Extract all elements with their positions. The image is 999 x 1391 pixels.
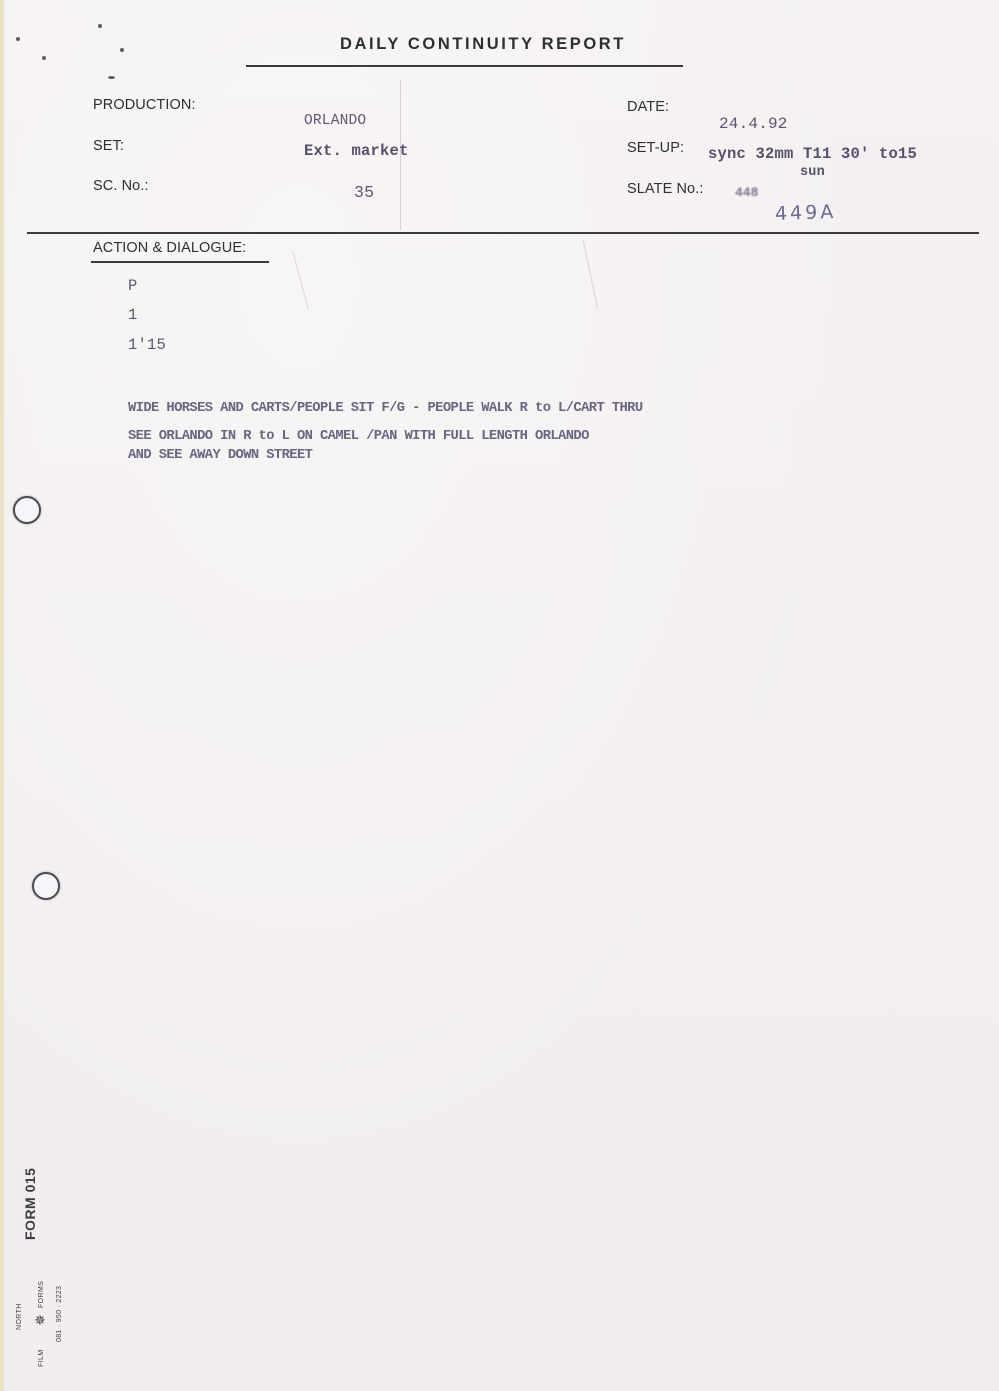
set-label: SET: bbox=[93, 138, 124, 154]
slate-number-value: 449A bbox=[775, 201, 837, 225]
scene-number-label: SC. No.: bbox=[93, 178, 149, 194]
setup-label: SET-UP: bbox=[627, 140, 684, 156]
description-line: SEE ORLANDO IN R to L ON CAMEL /PAN WITH… bbox=[128, 429, 589, 444]
compass-star-icon: ✵ bbox=[33, 1313, 47, 1327]
date-label: DATE: bbox=[627, 99, 669, 115]
action-dialogue-underline bbox=[91, 261, 269, 263]
note-line: 1'15 bbox=[128, 336, 166, 354]
publisher-forms: FORMS bbox=[38, 1281, 45, 1308]
ink-speck bbox=[120, 48, 124, 52]
production-label: PRODUCTION: bbox=[93, 97, 196, 113]
action-dialogue-label: ACTION & DIALOGUE: bbox=[93, 240, 246, 256]
ink-speck bbox=[98, 24, 102, 28]
description-line: WIDE HORSES AND CARTS/PEOPLE SIT F/G - P… bbox=[128, 401, 643, 416]
form-number: FORM 015 bbox=[22, 1168, 38, 1240]
setup-value-line2: sun bbox=[800, 165, 825, 180]
publisher-north: NORTH bbox=[16, 1303, 23, 1330]
ink-speck bbox=[108, 76, 115, 79]
report-title: DAILY CONTINUITY REPORT bbox=[340, 35, 626, 54]
punch-hole bbox=[13, 496, 41, 524]
note-line: 1 bbox=[128, 306, 138, 324]
set-value: Ext. market bbox=[304, 142, 409, 160]
title-underline bbox=[246, 65, 683, 67]
description-line: AND SEE AWAY DOWN STREET bbox=[128, 448, 312, 463]
publisher-phone: 081 · 950 · 2223 bbox=[56, 1286, 63, 1342]
production-value: ORLANDO bbox=[304, 113, 366, 129]
report-page bbox=[0, 0, 999, 1391]
date-value: 24.4.92 bbox=[719, 115, 788, 133]
slate-number-struck-value: 448 bbox=[735, 185, 758, 200]
setup-value: sync 32mm T11 30' to15 bbox=[708, 145, 917, 163]
scene-number-value: 35 bbox=[354, 183, 374, 202]
ink-speck bbox=[42, 56, 46, 60]
punch-hole bbox=[32, 872, 60, 900]
ink-speck bbox=[16, 37, 20, 41]
slate-number-label: SLATE No.: bbox=[627, 181, 703, 197]
publisher-film: FILM bbox=[38, 1349, 45, 1367]
page-edge bbox=[0, 0, 4, 1391]
section-divider bbox=[27, 232, 979, 234]
note-line: P bbox=[128, 277, 138, 295]
